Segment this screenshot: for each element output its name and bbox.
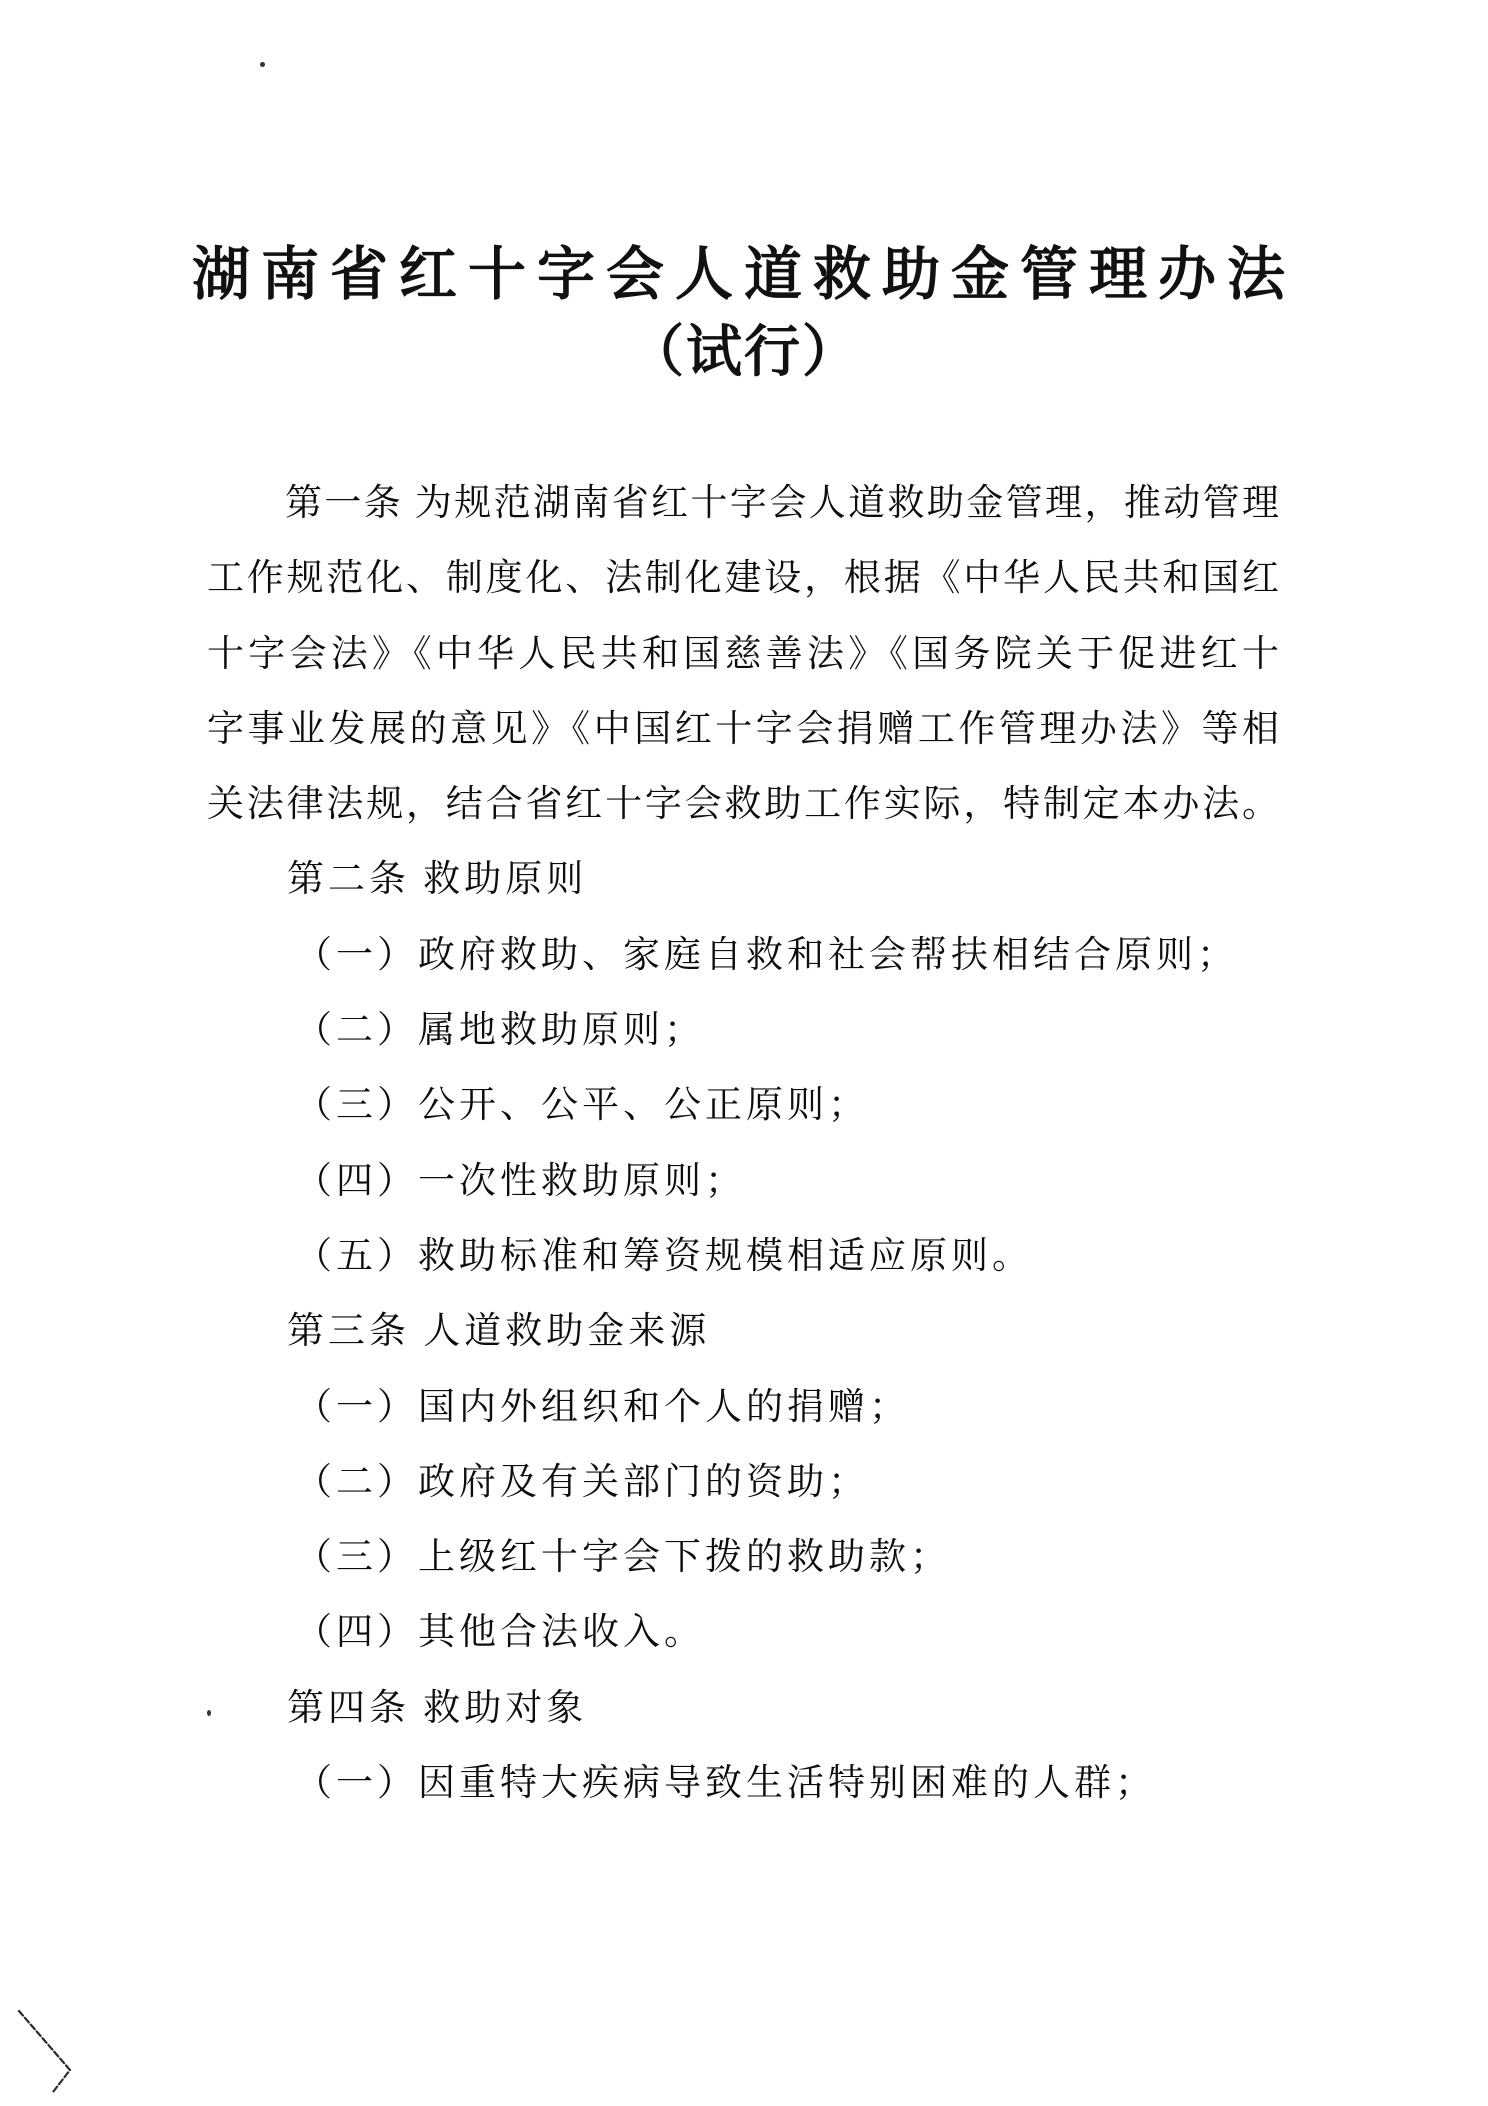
text-line: （一）因重特大疾病导致生活特别困难的人群； [207,1746,1281,1821]
scanned-document-page: 湖南省红十字会人道救助金管理办法 （试行） 第一条 为规范湖南省红十字会人道救助… [0,0,1488,2106]
text-line: （五）救助标准和筹资规模相适应原则。 [207,1219,1281,1294]
text-line: （三）公开、公平、公正原则； [207,1068,1281,1143]
body-lines: 第一条 为规范湖南省红十字会人道救助金管理，推动管理工作规范化、制度化、法制化建… [207,466,1281,1821]
scan-speck-top [260,62,265,67]
text-line: （二）属地救助原则； [207,993,1281,1068]
text-line: （一）国内外组织和个人的捐赠； [207,1370,1281,1445]
text-line: （四）一次性救助原则； [207,1144,1281,1219]
document-title: 湖南省红十字会人道救助金管理办法 （试行） [0,238,1488,394]
text-line: 字事业发展的意见》《中国红十字会捐赠工作管理办法》等相 [207,692,1281,767]
scan-corner-mark [0,1990,120,2106]
text-line: 工作规范化、制度化、法制化建设，根据《中华人民共和国红 [207,541,1281,616]
text-line: 十字会法》《中华人民共和国慈善法》《国务院关于促进红十 [207,617,1281,692]
text-line: （四）其他合法收入。 [207,1595,1281,1670]
text-line: （一）政府救助、家庭自救和社会帮扶相结合原则； [207,918,1281,993]
text-line: 第二条 救助原则 [207,842,1281,917]
text-line: 关法律法规，结合省红十字会救助工作实际，特制定本办法。 [207,767,1281,842]
title-subtitle-trial: （试行） [0,312,1488,394]
text-line: （二）政府及有关部门的资助； [207,1445,1281,1520]
text-line: 第三条 人道救助金来源 [207,1294,1281,1369]
text-line: （三）上级红十字会下拨的救助款； [207,1520,1281,1595]
text-line: 第一条 为规范湖南省红十字会人道救助金管理，推动管理 [207,466,1281,541]
title-main: 湖南省红十字会人道救助金管理办法 [0,238,1488,312]
text-line: 第四条 救助对象 [207,1671,1281,1746]
scan-speck-middle [207,1710,211,1716]
